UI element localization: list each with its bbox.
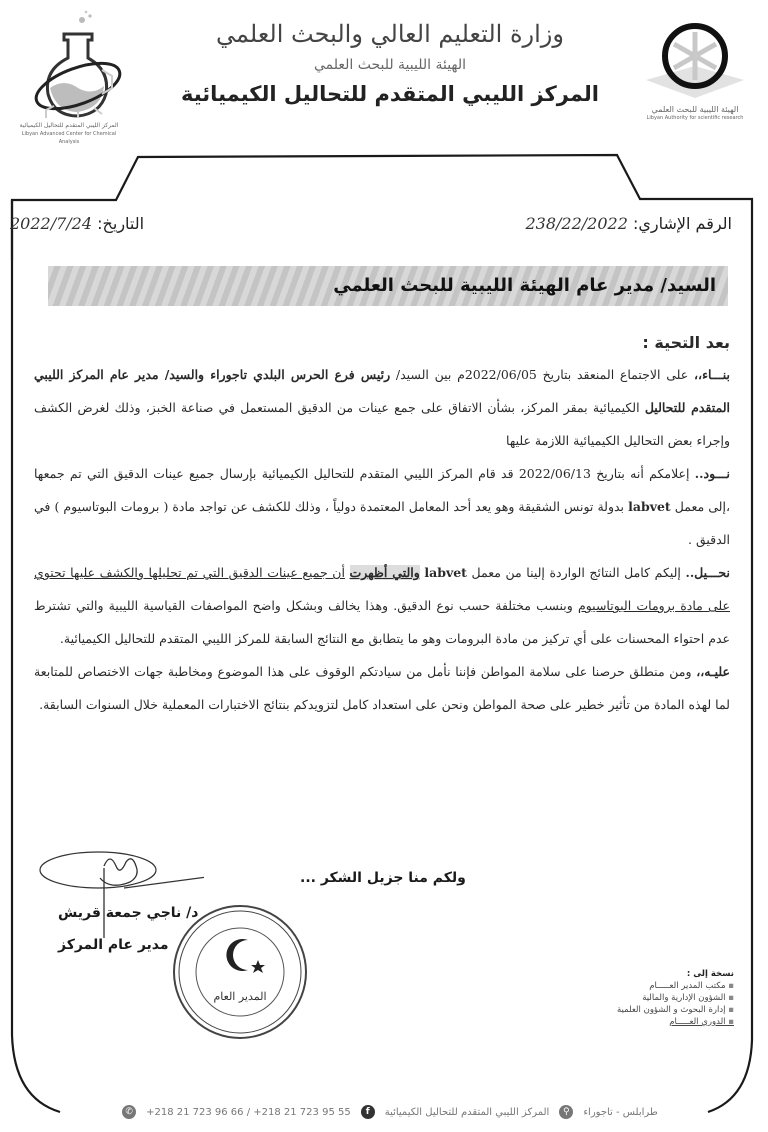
paragraph-4-lead: عليـه،، <box>696 664 730 679</box>
letterhead: وزارة التعليم العالي والبحث العلمي الهيئ… <box>180 18 600 108</box>
center-name: المركز الليبي المتقدم للتحاليل الكيميائي… <box>180 80 600 108</box>
paragraph-1-text: على الاجتماع المنعقد بتاريخ 2022/06/05م … <box>396 367 688 382</box>
center-logo-caption-en: Libyan Advanced Center for Chemical Anal… <box>14 130 124 146</box>
letter-date: التاريخ: 2022/7/24 <box>10 214 144 233</box>
copy-item: الشؤون الإدارية والمالية <box>566 992 734 1004</box>
greeting: بعد التحية : <box>34 330 730 356</box>
paragraph-3-text: إليكم كامل النتائج الواردة إلينا من معمل <box>472 565 681 580</box>
reference-row: الرقم الإشاري: 238/22/2022 التاريخ: 2022… <box>10 214 732 242</box>
footer-location: طرابلس - تاجوراء <box>583 1107 658 1118</box>
paragraph-1: بنـــاء،، على الاجتماع المنعقد بتاريخ 20… <box>34 358 730 457</box>
copy-item: مكتب المدير العـــــام <box>566 980 734 992</box>
signer-title: مدير عام المركز <box>58 937 169 953</box>
facebook-icon: f <box>361 1105 375 1119</box>
center-logo: المركز الليبي المتقدم للتحاليل الكيميائي… <box>14 8 124 138</box>
reference-number: الرقم الإشاري: 238/22/2022 <box>525 214 732 233</box>
stamp-text: المدير العام <box>206 990 274 1003</box>
location-pin-icon: ⚲ <box>559 1105 573 1119</box>
date-value: 2022/7/24 <box>10 214 92 233</box>
paragraph-1-rest: الكيميائية بمقر المركز، بشأن الاتفاق على… <box>34 400 730 448</box>
addressee: السيد/ مدير عام الهيئة الليبية للبحث الع… <box>333 275 716 296</box>
center-logo-caption-ar: المركز الليبي المتقدم للتحاليل الكيميائي… <box>14 122 124 130</box>
letter-body: بعد التحية : بنـــاء،، على الاجتماع المن… <box>34 330 730 721</box>
authority-name: الهيئة الليبية للبحث العلمي <box>180 56 600 74</box>
authority-emblem-icon <box>636 18 754 102</box>
footer-contact: طرابلس - تاجوراء ⚲ المركز الليبي المتقدم… <box>60 1100 720 1124</box>
copy-item: إدارة البحوث و الشؤون العلمية <box>566 1004 734 1016</box>
paragraph-4-text: ومن منطلق حرصنا على سلامة المواطن فإننا … <box>34 664 730 712</box>
reference-label: الرقم الإشاري: <box>633 214 732 233</box>
lab-name: labvet <box>424 565 467 580</box>
footer-facebook: المركز الليبي المتقدم للتحاليل الكيميائي… <box>385 1107 550 1118</box>
closing-thanks: ولكم منا جزيل الشكر ... <box>300 870 466 886</box>
paragraph-3-highlight: والتي أظهرت <box>350 565 420 580</box>
paragraph-1-lead: بنـــاء،، <box>694 367 730 382</box>
paragraph-3-lead: نحـــيل.. <box>685 565 729 580</box>
copy-item: الدوري العـــــام <box>566 1016 734 1028</box>
authority-logo-caption-en: Libyan Authority for scientific research <box>636 114 754 122</box>
addressee-band: السيد/ مدير عام الهيئة الليبية للبحث الع… <box>48 266 728 306</box>
date-label: التاريخ: <box>97 214 144 233</box>
paragraph-2-rest: بدولة تونس الشقيقة وهو يعد أحد المعامل ا… <box>34 499 730 547</box>
reference-value: 238/22/2022 <box>525 214 627 233</box>
paragraph-4: عليـه،، ومن منطلق حرصنا على سلامة المواط… <box>34 655 730 721</box>
copies-list: نسخة إلى : مكتب المدير العـــــام الشؤون… <box>566 968 734 1028</box>
stamp-icon <box>170 902 310 1042</box>
copies-title: نسخة إلى : <box>566 968 734 980</box>
footer-phones: +218 21 723 96 66 / +218 21 723 95 55 <box>146 1107 351 1118</box>
authority-logo: الهيئة الليبية للبحث العلمي Libyan Autho… <box>636 18 754 138</box>
ministry-name: وزارة التعليم العالي والبحث العلمي <box>180 18 600 50</box>
official-stamp: المدير العام <box>170 902 310 1042</box>
paragraph-3: نحـــيل.. إليكم كامل النتائج الواردة إلي… <box>34 556 730 655</box>
authority-logo-caption-ar: الهيئة الليبية للبحث العلمي <box>636 106 754 114</box>
paragraph-2: نـــود.. إعلامكم أنه بتاريخ 2022/06/13 ق… <box>34 457 730 556</box>
flask-logo-icon <box>14 8 124 118</box>
paragraph-2-lead: نـــود.. <box>695 466 730 481</box>
phone-icon: ✆ <box>122 1105 136 1119</box>
lab-name: labvet <box>628 499 671 514</box>
